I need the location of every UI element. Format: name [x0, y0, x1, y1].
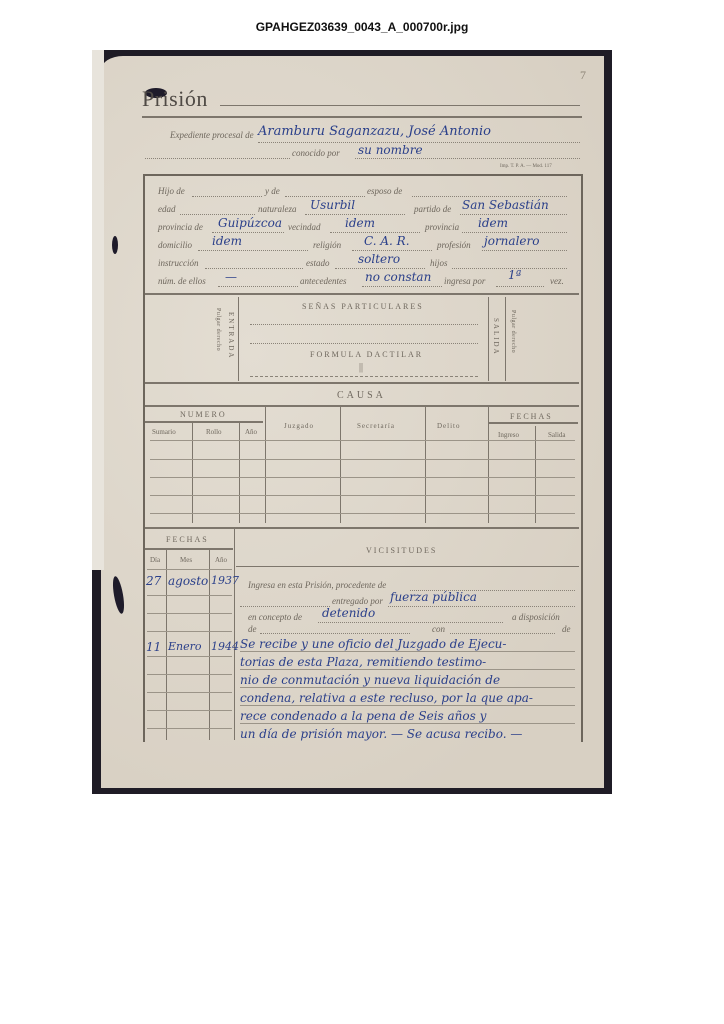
note-rule	[240, 723, 575, 724]
naturaleza-value[interactable]: Usurbil	[310, 198, 355, 212]
domicilio-label: domicilio	[158, 240, 192, 250]
col-salida: Salida	[548, 431, 566, 439]
page-title: Prisión	[142, 86, 208, 112]
vic-rule	[236, 566, 579, 567]
note-line: nio de conmutación y nueva liquidación d…	[240, 673, 500, 687]
date-row-line	[147, 631, 232, 632]
col-dia: Día	[150, 556, 160, 564]
numero-header: NUMERO	[180, 410, 227, 419]
num-ellos-value[interactable]: —	[225, 270, 237, 284]
partido-value[interactable]: San Sebastián	[462, 198, 549, 212]
hijo-de-field[interactable]	[192, 196, 262, 197]
entry-2-mes: Enero	[168, 640, 202, 653]
date-header-line	[147, 569, 232, 570]
conocido-value[interactable]: su nombre	[358, 143, 423, 157]
note-rule	[240, 669, 575, 670]
note-rule	[240, 651, 575, 652]
provincia-de-line	[212, 232, 284, 233]
expediente-value[interactable]: Aramburu Saganzazu, José Antonio	[258, 124, 491, 139]
col-ingreso: Ingreso	[498, 431, 519, 439]
note-line: condena, relativa a este recluso, por la…	[240, 691, 533, 705]
entrada-label: ENTRADA	[227, 312, 235, 359]
title-rule	[220, 105, 580, 106]
section-divider	[145, 293, 579, 295]
date-row-line	[147, 674, 232, 675]
estado-value[interactable]: soltero	[358, 252, 400, 266]
col-divider	[340, 407, 341, 523]
date-row-line	[147, 613, 232, 614]
senas-line[interactable]	[250, 343, 478, 344]
table-row-line	[150, 477, 575, 478]
entregado-line	[388, 606, 575, 607]
page-number: 7	[580, 68, 586, 83]
num-ellos-line	[218, 286, 298, 287]
de-label: de	[248, 624, 257, 634]
entry-1-mes: agosto	[168, 574, 208, 588]
vez-label: vez.	[550, 276, 564, 286]
provincia-value[interactable]: idem	[478, 216, 508, 230]
estado-label: estado	[306, 258, 330, 268]
salida-label: SALIDA	[492, 318, 500, 356]
section-divider	[145, 405, 579, 407]
entry-2-anio: 1944	[211, 640, 239, 653]
date-row-line	[147, 595, 232, 596]
table-row-line	[150, 440, 575, 441]
entry-2-dia: 11	[146, 640, 161, 654]
col-rollo: Rollo	[206, 428, 222, 436]
ink-blot	[112, 236, 118, 254]
antecedentes-label: antecedentes	[300, 276, 346, 286]
section-divider	[145, 527, 579, 529]
senas-line[interactable]	[250, 324, 478, 325]
entry-1-anio: 1937	[211, 574, 239, 587]
religion-value[interactable]: C. A. R.	[364, 234, 410, 248]
ingresa-label: ingresa por	[444, 276, 485, 286]
note-line: un día de prisión mayor. — Se acusa reci…	[240, 727, 522, 741]
vicisitudes-title: VICISITUDES	[366, 546, 437, 555]
ingresa-value[interactable]: 1ª	[508, 268, 521, 282]
vecindad-line	[330, 232, 420, 233]
senas-label: SEÑAS PARTICULARES	[302, 302, 424, 311]
antecedentes-line	[362, 286, 442, 287]
esposo-label: esposo de	[367, 186, 402, 196]
profesion-value[interactable]: jornalero	[484, 234, 539, 248]
provincia-de-label: provincia de	[158, 222, 203, 232]
entry-1-dia: 27	[146, 574, 161, 588]
note-line: rece condenado a la pena de Seis años y	[240, 709, 486, 723]
note-line: Se recibe y une oficio del Juzgado de Ej…	[240, 637, 506, 651]
formula-mark: ||	[359, 362, 363, 373]
domicilio-line	[198, 250, 308, 251]
naturaleza-label: naturaleza	[258, 204, 297, 214]
date-row-line	[147, 710, 232, 711]
right-thumb-label: Pulgar derecho	[510, 310, 516, 353]
concepto-label: en concepto de	[248, 612, 302, 622]
profesion-line	[482, 250, 567, 251]
col-anio: Año	[245, 428, 257, 436]
entregado-pre-line	[240, 606, 330, 607]
vecindad-value[interactable]: idem	[345, 216, 375, 230]
edad-field[interactable]	[180, 214, 255, 215]
conocido-label: conocido por	[292, 148, 340, 158]
fechas-header: FECHAS	[510, 412, 553, 421]
disposicion-field[interactable]	[260, 633, 410, 634]
y-de-label: y de	[265, 186, 280, 196]
num-ellos-label: núm. de ellos	[158, 276, 206, 286]
table-row-line	[150, 495, 575, 496]
formula-label: FORMULA DACTILAR	[310, 350, 423, 359]
col-ano: Año	[215, 556, 227, 564]
fp-divider	[488, 297, 489, 381]
left-thumb-label: Pulgar derecho	[215, 308, 221, 351]
conocido-pre-line	[145, 158, 290, 159]
date-row-line	[147, 656, 232, 657]
formula-line[interactable]	[250, 376, 478, 377]
esposo-field[interactable]	[412, 196, 567, 197]
col-mes: Mes	[180, 556, 192, 564]
y-de-field[interactable]	[285, 196, 365, 197]
edad-label: edad	[158, 204, 176, 214]
partido-label: partido de	[414, 204, 451, 214]
ingresa-prision-label: Ingresa en esta Prisión, procedente de	[248, 580, 386, 590]
concepto-value[interactable]: detenido	[322, 606, 375, 620]
vic-divider	[166, 550, 167, 740]
provincia-line	[462, 232, 567, 233]
hijos-label: hijos	[430, 258, 448, 268]
religion-label: religión	[313, 240, 341, 250]
ingresa-line	[496, 286, 544, 287]
estado-line	[335, 268, 425, 269]
fp-divider	[238, 297, 239, 381]
col-divider	[192, 423, 193, 523]
col-divider	[488, 407, 489, 523]
note-line: torias de esta Plaza, remitiendo testimo…	[240, 655, 486, 669]
vic-divider	[209, 550, 210, 740]
con-label: con	[432, 624, 445, 634]
de-end-label: de	[562, 624, 571, 634]
vic-fechas-rule	[145, 548, 233, 550]
printer-mark: Imp. T. P. A. — Mod. 117	[500, 164, 552, 169]
note-rule	[240, 705, 575, 706]
partido-line	[460, 214, 567, 215]
conocido-line	[355, 158, 580, 159]
domicilio-value[interactable]: idem	[212, 234, 242, 248]
col-divider	[425, 407, 426, 523]
vecindad-label: vecindad	[288, 222, 320, 232]
col-delito: Delito	[437, 422, 461, 430]
vic-fechas-header: FECHAS	[166, 535, 209, 544]
col-divider	[265, 407, 266, 523]
fechas-rule	[488, 422, 578, 424]
fp-divider	[505, 297, 506, 381]
table-row-line	[150, 459, 575, 460]
file-title: GPAHGEZ03639_0043_A_000700r.jpg	[0, 20, 724, 34]
date-row-line	[147, 692, 232, 693]
table-row-line	[150, 513, 575, 514]
numero-rule	[145, 421, 263, 423]
col-juzgado: Juzgado	[284, 422, 314, 430]
col-sumario: Sumario	[152, 428, 176, 436]
antecedentes-value[interactable]: no constan	[365, 270, 431, 284]
instruccion-label: instrucción	[158, 258, 199, 268]
provincia-label: provincia	[425, 222, 459, 232]
hijo-de-label: Hijo de	[158, 186, 185, 196]
disposicion-label: a disposición	[512, 612, 560, 622]
con-field[interactable]	[450, 633, 555, 634]
title-underline	[142, 116, 582, 118]
date-row-line	[147, 728, 232, 729]
religion-line	[352, 250, 432, 251]
col-divider	[239, 423, 240, 523]
note-rule	[240, 687, 575, 688]
causa-title: CAUSA	[337, 390, 386, 401]
entregado-label: entregado por	[332, 596, 383, 606]
expediente-label: Expediente procesal de	[170, 130, 254, 140]
paper-edge	[92, 50, 104, 570]
provincia-de-value[interactable]: Guipúzcoa	[218, 216, 282, 230]
col-secretaria: Secretaría	[357, 422, 395, 430]
naturaleza-line	[305, 214, 405, 215]
profesion-label: profesión	[437, 240, 471, 250]
vic-divider	[234, 529, 235, 740]
concepto-line	[318, 622, 503, 623]
entregado-value[interactable]: fuerza pública	[390, 590, 477, 604]
instruccion-field[interactable]	[205, 268, 303, 269]
section-divider	[145, 382, 579, 384]
